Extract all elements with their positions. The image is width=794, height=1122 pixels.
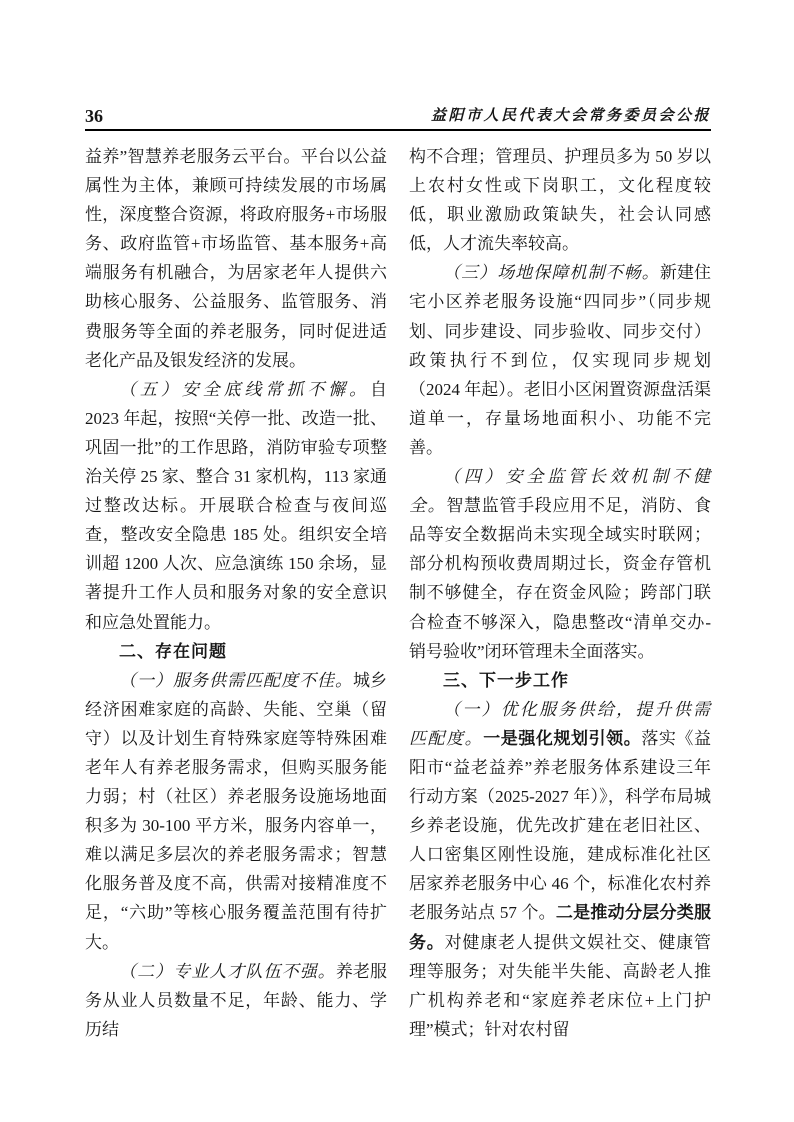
header-title: 益阳市人民代表大会常务委员会公报 <box>431 106 711 126</box>
text-run-kai: （五）安全底线常抓不懈。 <box>119 380 370 399</box>
paragraph: （一）优化服务供给，提升供需匹配度。一是强化规划引领。落实《益阳市“益老益养”养… <box>409 695 711 1044</box>
page-header: 36 益阳市人民代表大会常务委员会公报 <box>85 0 711 129</box>
paragraph: 构不合理；管理员、护理员多为 50 岁以上农村女性或下岗职工，文化程度较低，职业… <box>409 142 711 258</box>
text-run-bold: 一是强化规划引领。 <box>483 729 641 748</box>
gazette-page: 36 益阳市人民代表大会常务委员会公报 益养”智慧养老服务云平台。平台以公益属性… <box>0 0 794 1122</box>
text-run-normal: 智慧监管手段应用不足，消防、食品等安全数据尚未实现全域实时联网；部分机构预收费周… <box>409 496 711 660</box>
right-column: 构不合理；管理员、护理员多为 50 岁以上农村女性或下岗职工，文化程度较低，职业… <box>409 142 711 1044</box>
paragraph: （四）安全监管长效机制不健全。智慧监管手段应用不足，消防、食品等安全数据尚未实现… <box>409 462 711 666</box>
text-run-normal: 构不合理；管理员、护理员多为 50 岁以上农村女性或下岗职工，文化程度较低，职业… <box>409 147 711 253</box>
text-run-normal: 落实《益阳市“益老益养”养老服务体系建设三年行动方案（2025-2027 年）》… <box>409 729 711 923</box>
paragraph: （二）专业人才队伍不强。养老服务从业人员数量不足，年龄、能力、学历结 <box>85 957 387 1044</box>
text-run-normal: 城乡经济困难家庭的高龄、失能、空巢（留守）以及计划生育特殊家庭等特殊困难老年人有… <box>85 671 387 952</box>
section-heading: 三、下一步工作 <box>409 666 711 695</box>
text-run-bold: 二、存在问题 <box>119 642 227 661</box>
paragraph: （三）场地保障机制不畅。新建住宅小区养老服务设施“四同步”（同步规划、同步建设、… <box>409 258 711 462</box>
text-run-bold: 三、下一步工作 <box>443 671 569 690</box>
text-run-normal: 自 2023 年起，按照“关停一批、改造一批、巩固一批”的工作思路，消防审验专项… <box>85 380 387 632</box>
text-columns: 益养”智慧养老服务云平台。平台以公益属性为主体，兼顾可持续发展的市场属性，深度整… <box>85 142 711 1044</box>
section-heading: 二、存在问题 <box>85 637 387 666</box>
paragraph: 益养”智慧养老服务云平台。平台以公益属性为主体，兼顾可持续发展的市场属性，深度整… <box>85 142 387 375</box>
left-column: 益养”智慧养老服务云平台。平台以公益属性为主体，兼顾可持续发展的市场属性，深度整… <box>85 142 387 1044</box>
text-run-normal: 新建住宅小区养老服务设施“四同步”（同步规划、同步建设、同步验收、同步交付）政策… <box>409 263 711 457</box>
paragraph: （一）服务供需匹配度不佳。城乡经济困难家庭的高龄、失能、空巢（留守）以及计划生育… <box>85 666 387 957</box>
text-run-kai: （三）场地保障机制不畅。 <box>443 263 660 282</box>
text-run-normal: 益养”智慧养老服务云平台。平台以公益属性为主体，兼顾可持续发展的市场属性，深度整… <box>85 147 387 370</box>
text-run-normal: 对健康老人提供文娱社交、健康管理等服务；对失能半失能、高龄老人推广机构养老和“家… <box>409 933 711 1039</box>
text-run-kai: （一）服务供需匹配度不佳。 <box>119 671 353 690</box>
paragraph: （五）安全底线常抓不懈。自 2023 年起，按照“关停一批、改造一批、巩固一批”… <box>85 375 387 637</box>
page-content: 36 益阳市人民代表大会常务委员会公报 益养”智慧养老服务云平台。平台以公益属性… <box>85 0 711 1044</box>
text-run-kai: （二）专业人才队伍不强。 <box>119 962 336 981</box>
header-rule <box>85 129 711 131</box>
page-number: 36 <box>85 106 103 126</box>
